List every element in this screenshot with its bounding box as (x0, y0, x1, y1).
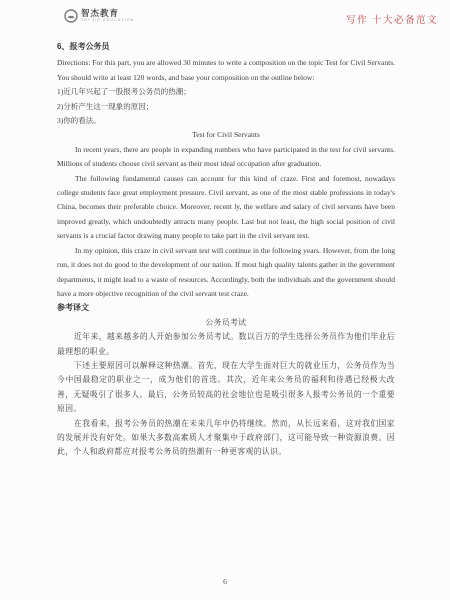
outline-item: 3)你的看法。 (57, 114, 395, 128)
brand-subtitle: ZHI JIE EDUCATION (81, 19, 134, 23)
translation-title: 公务员考试 (57, 316, 395, 330)
translation-paragraph: 下述主要原因可以解释这种热潮。首先，现在大学生面对巨大的就业压力，公务员作为当今… (57, 359, 395, 417)
translation-paragraph: 近年来，越来越多的人开始参加公务员考试。数以百万的学生选择公务员作为他们毕业后最… (57, 330, 395, 359)
essay-paragraph: In my opinion, this craze in civil serva… (57, 244, 395, 302)
translation-paragraph: 在我看来，报考公务员的热潮在未来几年中仍将继续。然而，从长远来看，这对我们国家的… (57, 417, 395, 460)
document-page: 智杰教育 ZHI JIE EDUCATION 写作 十大必备范文 6、报考公务员… (0, 0, 450, 600)
section-heading: 6、报考公务员 (57, 40, 395, 54)
page-header: 智杰教育 ZHI JIE EDUCATION 写作 十大必备范文 (64, 9, 438, 26)
translation-heading: 参考译文 (57, 301, 395, 315)
essay-paragraph: The following fundamental causes can acc… (57, 172, 395, 244)
directions-text: Directions: For this part, you are allow… (57, 56, 395, 85)
essay-paragraph: In recent years, there are people in exp… (57, 143, 395, 172)
doc-title: 写作 十大必备范文 (346, 12, 438, 26)
logo-icon (64, 9, 78, 23)
document-body: 6、报考公务员 Directions: For this part, you a… (57, 40, 395, 460)
logo: 智杰教育 ZHI JIE EDUCATION (64, 9, 134, 23)
outline-item: 2)分析产生这一现象的原因； (57, 100, 395, 114)
brand-text: 智杰教育 ZHI JIE EDUCATION (81, 9, 134, 23)
essay-title: Test for Civil Servants (57, 128, 395, 142)
page-number: 6 (0, 577, 450, 586)
outline-item: 1)近几年兴起了一股报考公务员的热潮； (57, 85, 395, 99)
brand-name: 智杰教育 (81, 9, 134, 18)
